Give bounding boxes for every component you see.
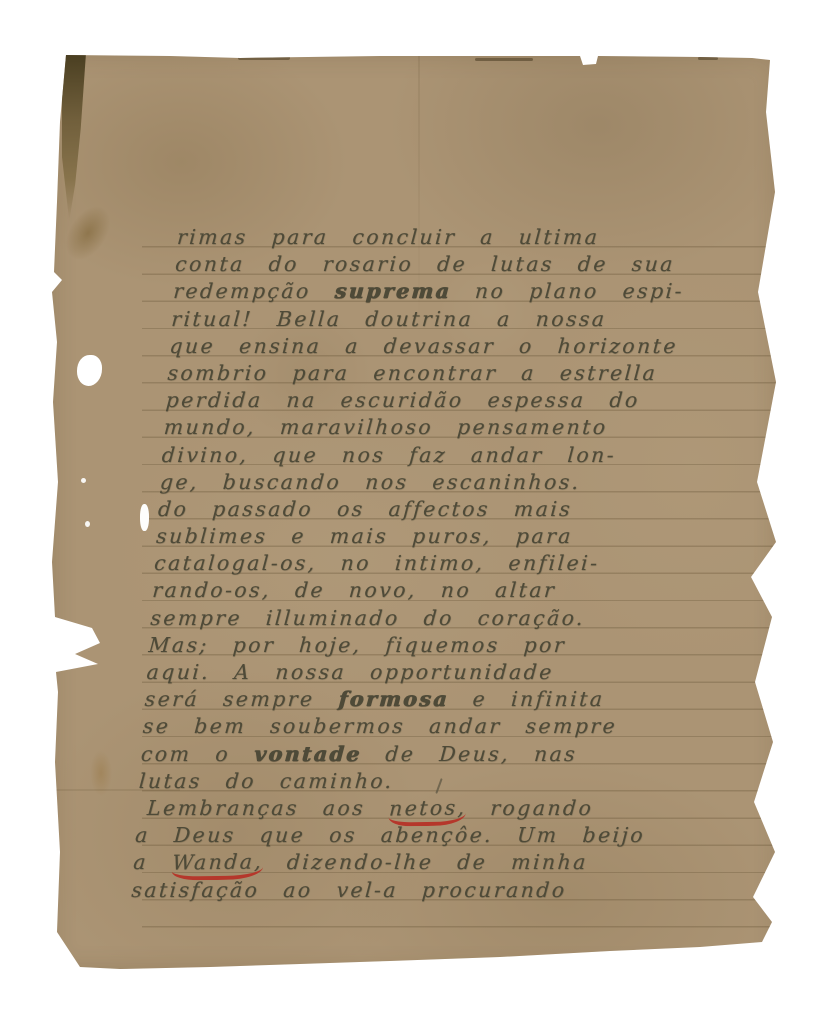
word: procurando bbox=[421, 878, 567, 902]
word: lutas bbox=[138, 769, 202, 793]
word: do bbox=[423, 606, 455, 630]
word: sombrio bbox=[167, 361, 270, 385]
word: illuminado bbox=[265, 606, 400, 630]
word: andar bbox=[470, 443, 544, 467]
word: mais bbox=[329, 524, 389, 548]
word: do bbox=[225, 769, 257, 793]
red-underlined-word: Wanda, bbox=[171, 849, 264, 881]
edge-stain bbox=[475, 58, 533, 61]
word: no bbox=[440, 578, 472, 602]
word: estrella bbox=[559, 361, 658, 385]
overwritten-word: suprema bbox=[334, 279, 452, 303]
word: beijo bbox=[582, 823, 646, 847]
manuscript-line: mundo, maravilhoso pensamento bbox=[163, 414, 765, 441]
manuscript-line: conta do rosario de lutas de sua bbox=[174, 251, 776, 278]
word: de bbox=[385, 742, 417, 766]
word: do bbox=[609, 388, 641, 412]
manuscript-line: satisfação ao vel-a procurando bbox=[130, 877, 732, 904]
word: infinita bbox=[510, 687, 605, 711]
word: e bbox=[291, 524, 307, 548]
edge-stain bbox=[698, 57, 718, 60]
word: escaninhos. bbox=[432, 470, 582, 494]
word: a bbox=[344, 334, 360, 358]
word: rando-os, bbox=[152, 578, 272, 602]
word: mundo, bbox=[163, 415, 257, 439]
paper-hole bbox=[81, 478, 86, 483]
manuscript-line: perdida na escuridão espessa do bbox=[165, 387, 767, 414]
manuscript-line: rimas para concluir a ultima bbox=[176, 224, 778, 251]
word: por bbox=[523, 633, 567, 657]
word: coração. bbox=[477, 606, 586, 630]
manuscript-line: rando-os, de novo, no altar bbox=[151, 577, 753, 604]
manuscript-line: com o vontade de Deus, nas bbox=[140, 741, 742, 768]
word: caminho. bbox=[279, 769, 394, 793]
word: ao bbox=[282, 878, 313, 902]
word: por bbox=[232, 633, 276, 657]
word: o bbox=[215, 742, 231, 766]
word: nossa bbox=[535, 307, 607, 331]
word: andar bbox=[428, 714, 502, 738]
word: conta bbox=[174, 252, 245, 276]
word: redempção bbox=[172, 279, 311, 303]
word: enfilei- bbox=[508, 551, 601, 575]
word: rosario bbox=[322, 252, 414, 276]
word: para bbox=[271, 225, 330, 249]
scan-background: rimas para concluir a ultimaconta do ros… bbox=[0, 0, 827, 1024]
word: na bbox=[286, 388, 318, 412]
paper-hole bbox=[77, 355, 102, 386]
word: concluir bbox=[352, 225, 458, 249]
paper-hole bbox=[140, 504, 149, 531]
word: lon- bbox=[567, 443, 617, 467]
word: perdida bbox=[165, 388, 264, 412]
word: o bbox=[518, 334, 534, 358]
word: escuridão bbox=[340, 388, 465, 412]
manuscript-line: divino, que nos faz andar lon- bbox=[161, 442, 763, 469]
word: a bbox=[134, 823, 150, 847]
word: passado bbox=[211, 497, 314, 521]
word: do bbox=[157, 497, 189, 521]
word: A bbox=[233, 660, 252, 684]
word: a bbox=[520, 361, 536, 385]
word: a bbox=[479, 225, 495, 249]
word: mais bbox=[513, 497, 573, 521]
word: puros, bbox=[411, 524, 493, 548]
word: satisfação bbox=[131, 878, 261, 902]
word: de bbox=[436, 252, 468, 276]
word: pensamento bbox=[456, 415, 608, 439]
word: que bbox=[272, 443, 319, 467]
manuscript-line: que ensina a devassar o horizonte bbox=[168, 333, 770, 360]
word: faz bbox=[408, 443, 447, 467]
edge-stain bbox=[238, 56, 290, 60]
word: Bella bbox=[276, 307, 342, 331]
manuscript-line: catalogal-os, no intimo, enfilei- bbox=[153, 550, 755, 577]
word: nos bbox=[364, 470, 409, 494]
word: de bbox=[456, 850, 488, 874]
word: para bbox=[292, 361, 351, 385]
word: para bbox=[515, 524, 574, 548]
word: nas bbox=[533, 742, 578, 766]
manuscript-line: aqui. A nossa opportunidade bbox=[146, 659, 748, 686]
word: intimo, bbox=[394, 551, 485, 575]
word: os bbox=[336, 497, 365, 521]
manuscript-line: se bem soubermos andar sempre bbox=[142, 713, 744, 740]
manuscript-line: redempção suprema no plano espi- bbox=[172, 278, 774, 305]
word: bem bbox=[193, 714, 247, 738]
word: maravilhoso bbox=[279, 415, 434, 439]
word: aos bbox=[322, 796, 366, 820]
word: abençôe. bbox=[380, 823, 494, 847]
paper-hole bbox=[85, 521, 90, 527]
word: Mas; bbox=[148, 633, 210, 657]
word: que bbox=[169, 334, 216, 358]
word: hoje, bbox=[298, 633, 362, 657]
manuscript-line: do passado os affectos mais bbox=[157, 496, 759, 523]
manuscript-line: a Wanda, dizendo-lhe de minha bbox=[132, 849, 734, 876]
overwritten-word: formosa bbox=[338, 687, 450, 711]
manuscript-line: sombrio para encontrar a estrella bbox=[167, 360, 769, 387]
word: catalogal-os, bbox=[153, 551, 317, 575]
word: aqui. bbox=[146, 660, 211, 684]
word: lutas bbox=[490, 252, 554, 276]
word: a bbox=[133, 850, 149, 874]
word: rimas bbox=[176, 225, 248, 249]
word: de bbox=[577, 252, 609, 276]
word: Deus, bbox=[439, 742, 511, 766]
word: buscando bbox=[222, 470, 342, 494]
manuscript-line: a Deus que os abençôe. Um beijo bbox=[134, 822, 736, 849]
word: que bbox=[259, 823, 306, 847]
word: altar bbox=[494, 578, 557, 602]
word: ensina bbox=[238, 334, 322, 358]
manuscript-line: lutas do caminho. bbox=[138, 768, 740, 795]
manuscript-line: Lembranças aos netos, rogando bbox=[146, 795, 738, 822]
word: do bbox=[268, 252, 300, 276]
word: sempre bbox=[150, 606, 243, 630]
word: a bbox=[496, 307, 512, 331]
word: ge, bbox=[159, 470, 200, 494]
manuscript-line: ritual! Bella doutrina a nossa bbox=[170, 306, 772, 333]
word: dizendo-lhe bbox=[286, 850, 434, 874]
manuscript-line: Mas; por hoje, fiquemos por bbox=[148, 632, 750, 659]
manuscript-line: sublimes e mais puros, para bbox=[155, 523, 757, 550]
overwritten-word: vontade bbox=[253, 742, 362, 766]
word: no bbox=[340, 551, 372, 575]
word: ritual! bbox=[171, 307, 254, 331]
word: divino, bbox=[161, 443, 249, 467]
word: espi- bbox=[622, 279, 685, 303]
word: devassar bbox=[383, 334, 496, 358]
manuscript-lines: rimas para concluir a ultimaconta do ros… bbox=[130, 224, 778, 904]
word: doutrina bbox=[365, 307, 475, 331]
word: minha bbox=[510, 850, 588, 874]
word: encontrar bbox=[372, 361, 498, 385]
word: sempre bbox=[222, 687, 315, 711]
word: de bbox=[294, 578, 326, 602]
manuscript-line: será sempre formosa e infinita bbox=[144, 686, 746, 713]
word: Lembranças bbox=[146, 796, 299, 820]
word: horizonte bbox=[557, 334, 679, 358]
word: Deus bbox=[173, 823, 237, 847]
word: sua bbox=[631, 252, 676, 276]
word: no bbox=[474, 279, 506, 303]
manuscript-page: rimas para concluir a ultimaconta do ros… bbox=[50, 52, 780, 972]
word: plano bbox=[528, 279, 599, 303]
word: Um bbox=[516, 823, 559, 847]
word: soubermos bbox=[269, 714, 406, 738]
word: ultima bbox=[518, 225, 600, 249]
word: com bbox=[140, 742, 192, 766]
word: affectos bbox=[388, 497, 491, 521]
word: e bbox=[472, 687, 488, 711]
word: vel-a bbox=[336, 878, 399, 902]
word: sublimes bbox=[155, 524, 268, 548]
word: será bbox=[144, 687, 200, 711]
manuscript-line: sempre illuminado do coração. bbox=[149, 605, 751, 632]
paper-stain bbox=[57, 199, 118, 267]
red-underlined-word: netos, bbox=[388, 794, 467, 826]
word: os bbox=[328, 823, 357, 847]
word: se bbox=[142, 714, 171, 738]
word: nos bbox=[341, 443, 386, 467]
word: sempre bbox=[525, 714, 618, 738]
word: espessa bbox=[487, 388, 587, 412]
manuscript-line: ge, buscando nos escaninhos. bbox=[159, 469, 761, 496]
word: rogando bbox=[490, 796, 595, 820]
word: fiquemos bbox=[385, 633, 501, 657]
word: nossa bbox=[275, 660, 347, 684]
word: novo, bbox=[348, 578, 418, 602]
tape-residue-strip bbox=[62, 53, 86, 221]
word: opportunidade bbox=[369, 660, 554, 684]
